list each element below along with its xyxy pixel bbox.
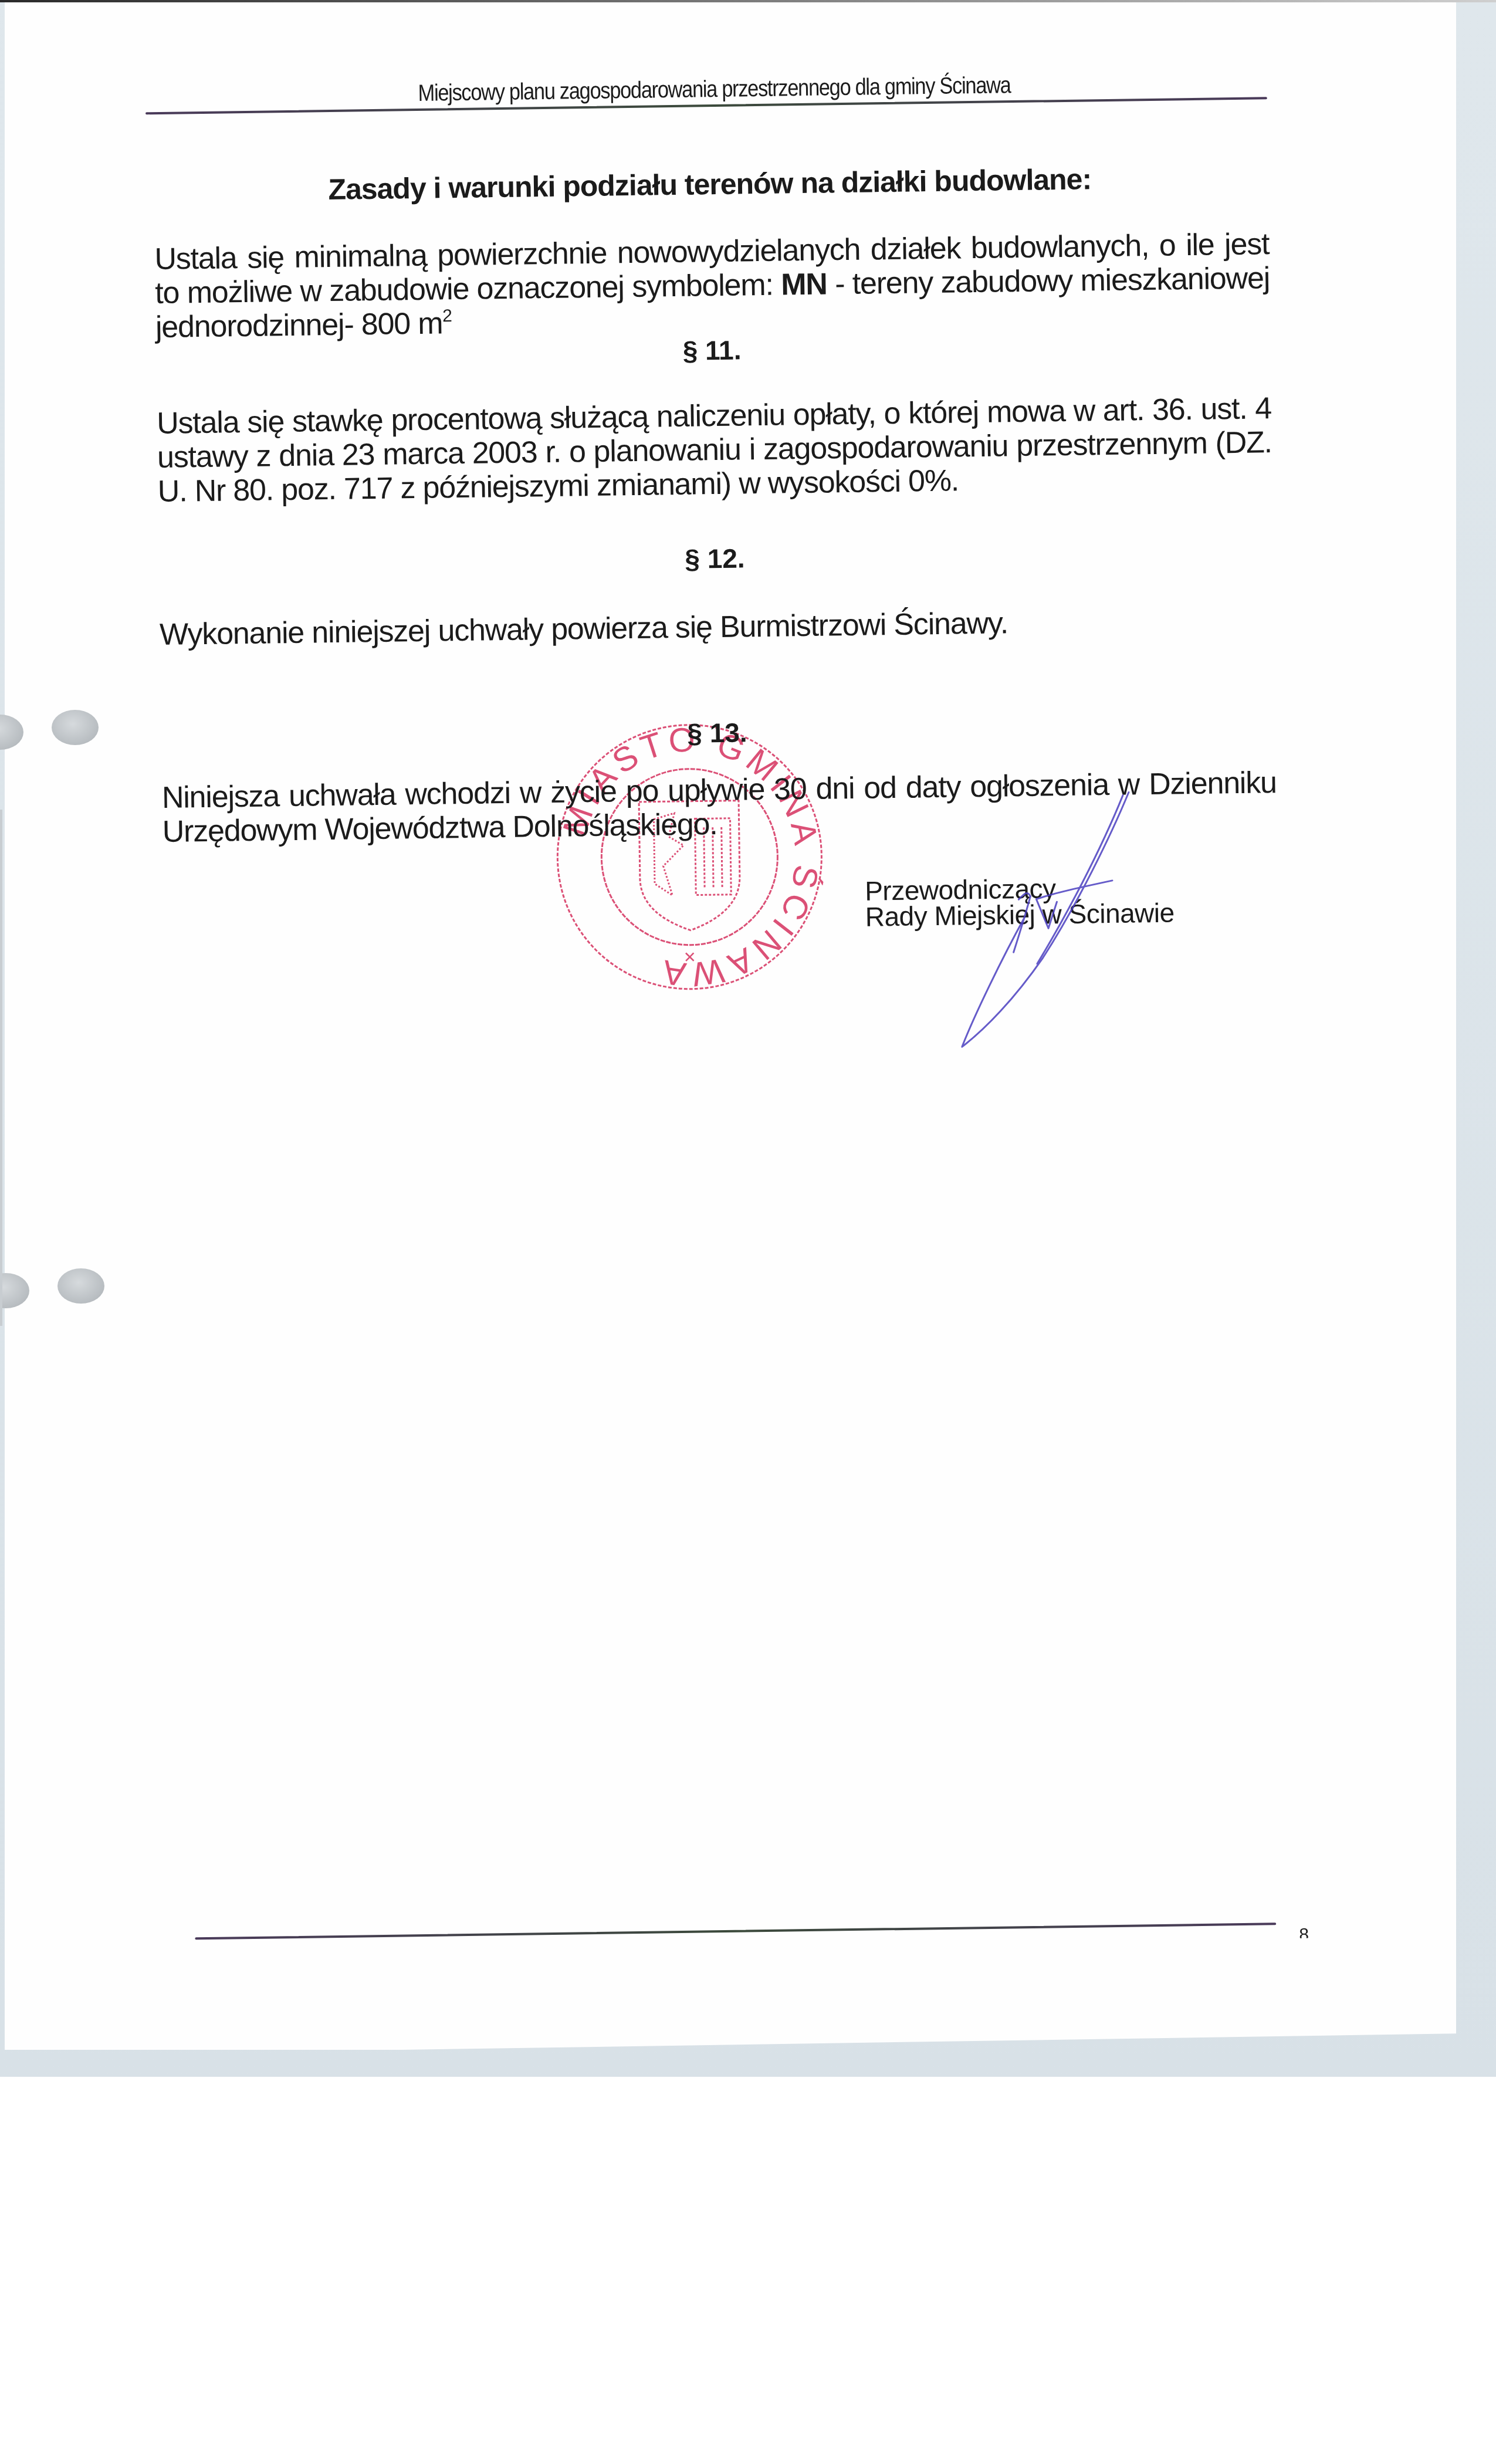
footer-rule — [195, 1923, 1276, 1940]
zone-symbol: MN — [781, 267, 827, 302]
page-number: 8 — [1299, 1925, 1309, 1938]
paragraph-section-11: Ustala się stawkę procentową służącą nal… — [157, 391, 1272, 509]
svg-text:✕: ✕ — [683, 949, 696, 966]
official-stamp-icon: MIASTO GMINA ŚCINAWA ✕ — [550, 717, 829, 997]
handwritten-signature-icon — [935, 780, 1150, 1053]
section-title: Zasady i warunki podziału terenów na dzi… — [0, 157, 1431, 211]
blank-area — [0, 2077, 1496, 2464]
document-page: Miejscowy planu zagospodarowania przestr… — [0, 0, 1496, 2087]
paragraph-section-12: Wykonanie niniejszej uchwały powierza si… — [160, 603, 1275, 652]
superscript: 2 — [442, 306, 452, 326]
paragraph-minimum-plot-area: Ustala się minimalną powierzchnie nowowy… — [154, 227, 1270, 344]
section-heading-12: § 12. — [0, 533, 1437, 584]
